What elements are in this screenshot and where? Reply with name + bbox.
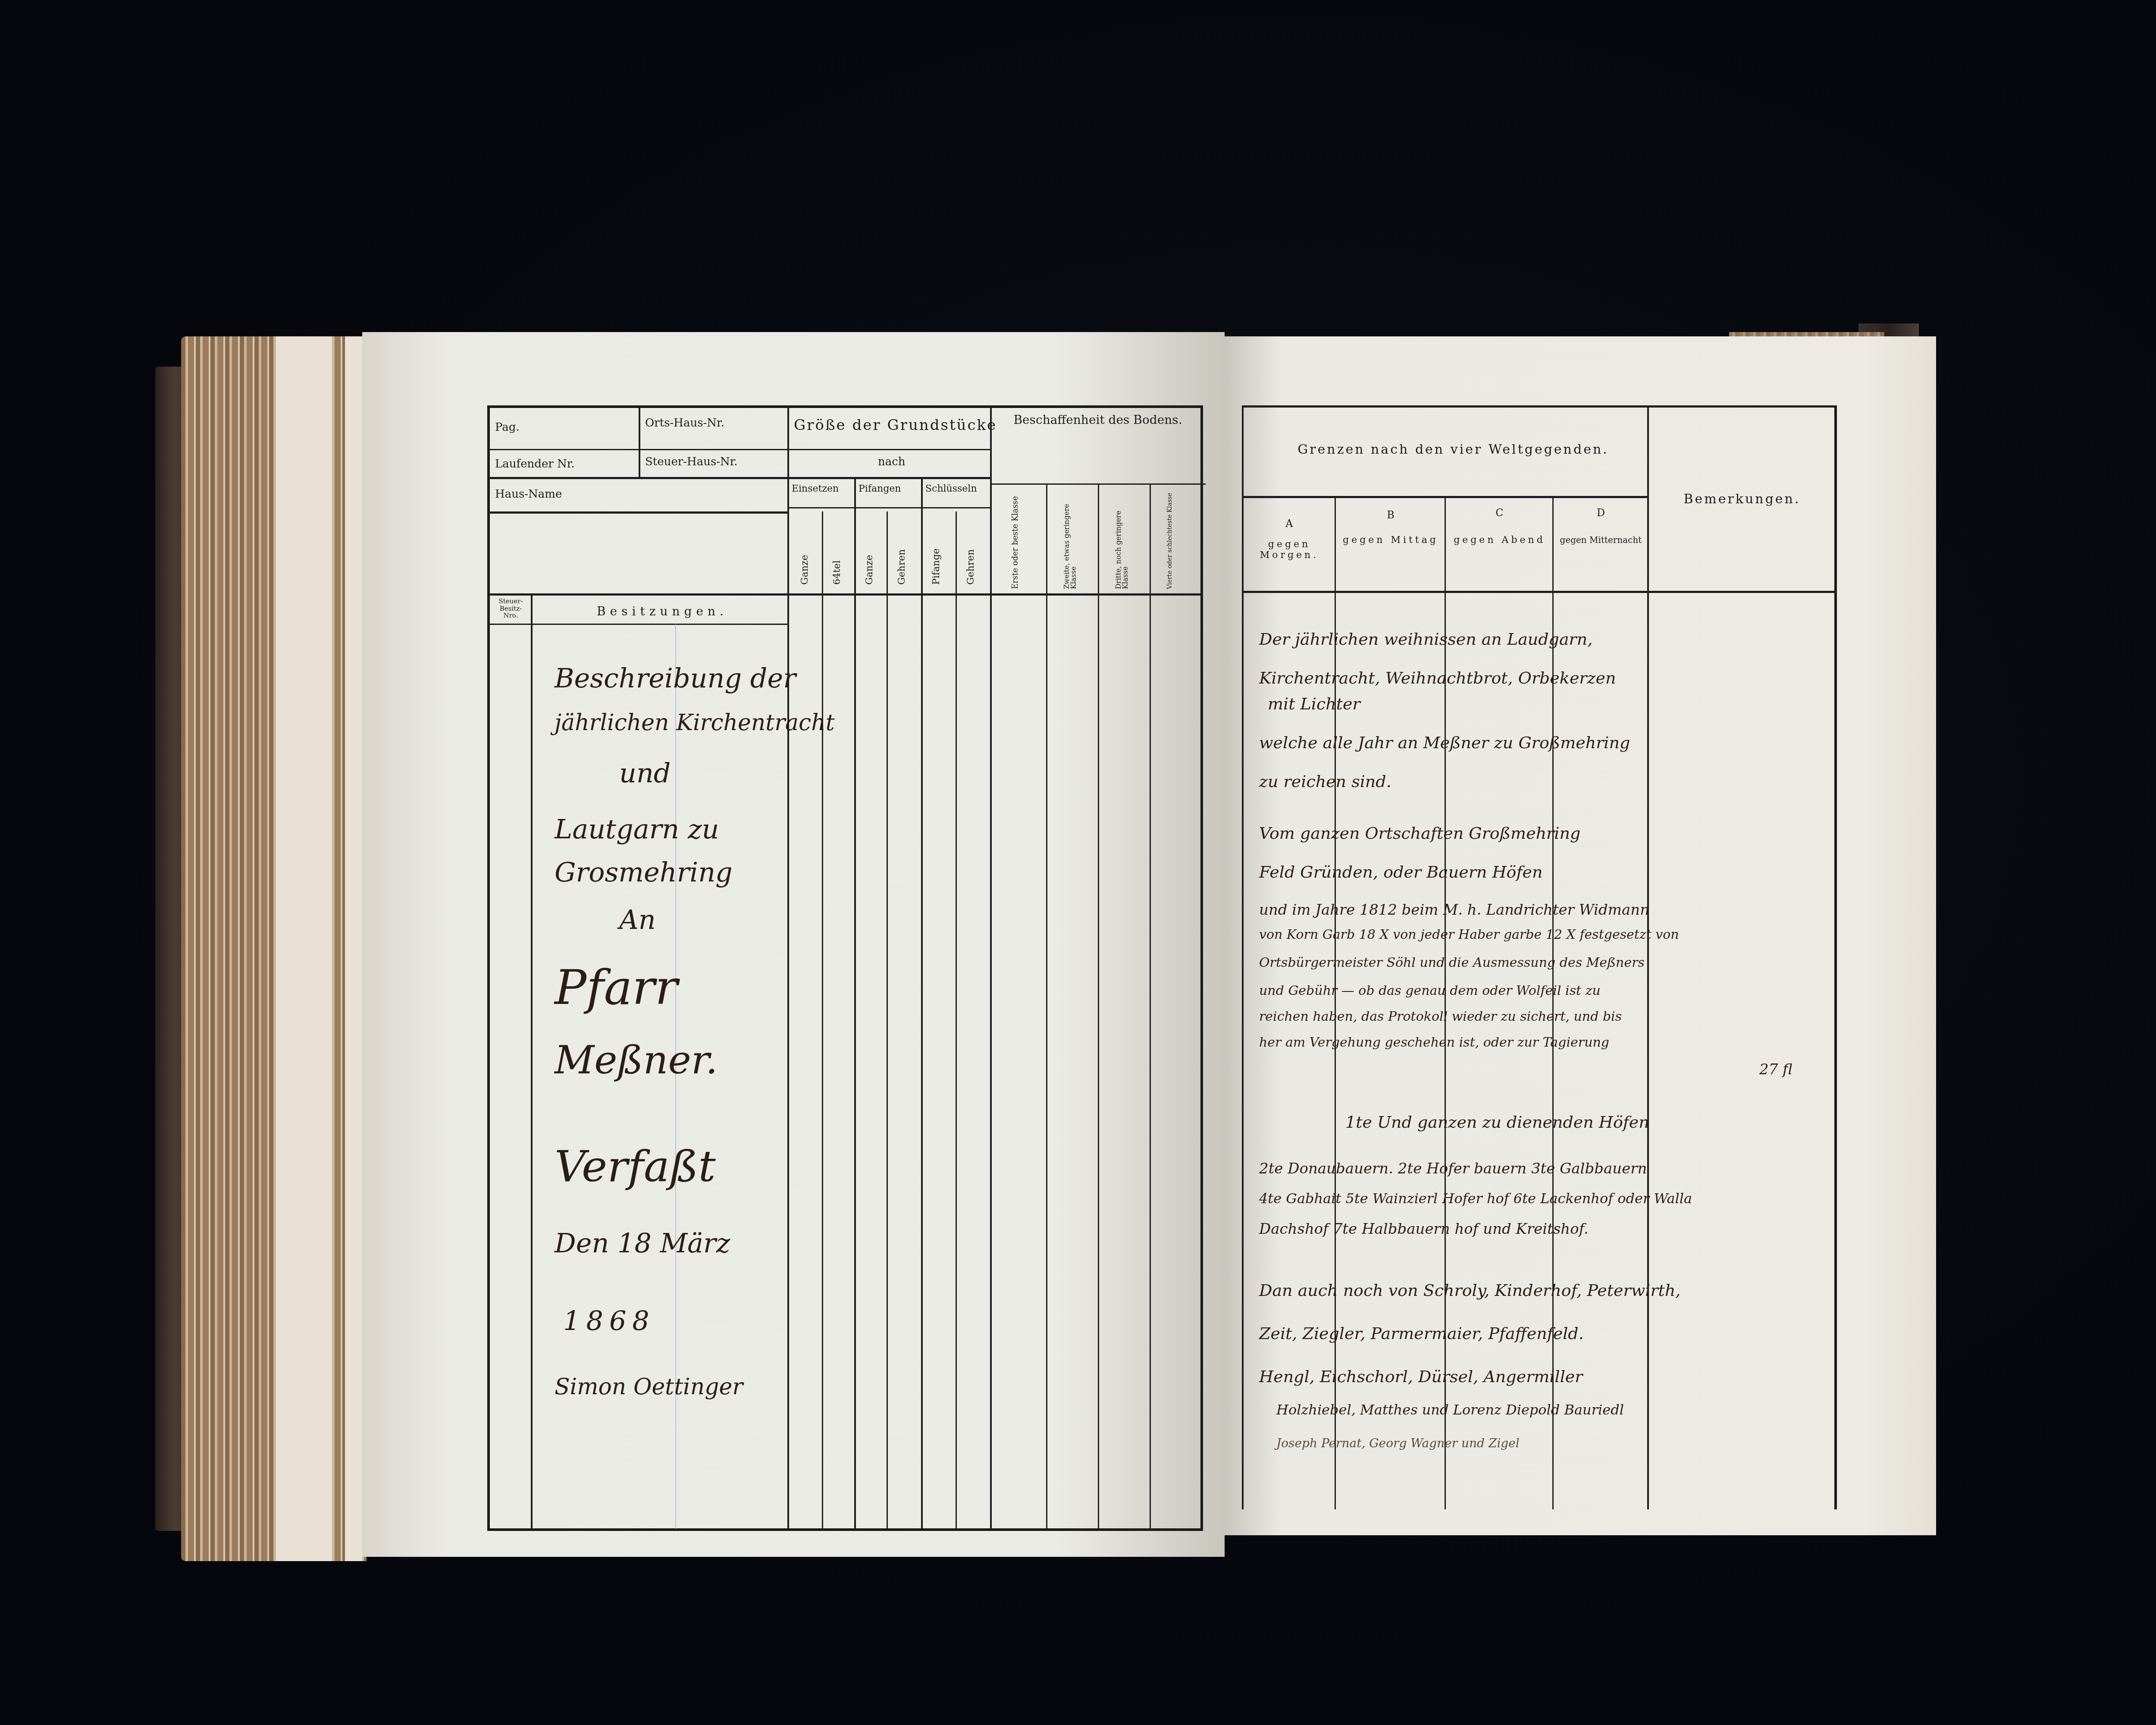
- hw-line: Pfarr: [555, 960, 677, 1015]
- hw-line: Joseph Pernat, Georg Wagner und Zigel: [1276, 1436, 1520, 1450]
- hw-line: Grosmehring: [555, 856, 733, 888]
- subcol-gehren-1: Gehren: [897, 537, 907, 585]
- hw-line: und: [619, 757, 671, 789]
- besitzungen-label: Besitzungen.: [542, 604, 783, 618]
- steuer-haus-nr-label: Steuer-Haus-Nr.: [645, 455, 738, 468]
- hw-line: 4te Gabhait 5te Wainzierl Hofer hof 6te …: [1259, 1190, 1692, 1207]
- subcol-64tel: 64tel: [833, 537, 842, 585]
- hw-line: 1868: [563, 1305, 655, 1336]
- hw-line: welche alle Jahr an Meßner zu Großmehrin…: [1259, 733, 1630, 752]
- klasse-3: Dritte, noch geringere Klasse: [1115, 490, 1129, 589]
- laufender-nr-label: Laufender Nr.: [495, 458, 575, 470]
- hw-line: reichen haben, das Protokoll wieder zu s…: [1259, 1009, 1622, 1024]
- subcol-ganze-1: Ganze: [800, 537, 810, 585]
- direction-d-label: gegen Mitternacht: [1557, 535, 1645, 545]
- direction-c-label: gegen Abend: [1449, 535, 1550, 546]
- left-ledger-table: Pag. Orts-Haus-Nr. Laufender Nr. Steuer-…: [487, 405, 1203, 1531]
- subcol-ganze-2: Ganze: [865, 537, 874, 585]
- direction-a-label: gegen Morgen.: [1246, 539, 1332, 561]
- hw-line: Hengl, Eichschorl, Dürsel, Angermiller: [1259, 1367, 1583, 1386]
- hw-line: mit Lichter: [1268, 694, 1360, 713]
- beschaffenheit-title: Beschaffenheit des Bodens.: [994, 412, 1201, 428]
- hw-line: Den 18 März: [555, 1227, 730, 1259]
- left-page-edges: [181, 336, 367, 1561]
- hw-line: jährlichen Kirchentracht: [555, 710, 835, 736]
- orts-haus-nr-label: Orts-Haus-Nr.: [645, 417, 724, 430]
- steuer-besitz-nro-label: Steuer-Besitz-Nro.: [492, 598, 529, 619]
- direction-b-label: gegen Mittag: [1339, 535, 1442, 546]
- nach-label: nach: [878, 455, 906, 468]
- hw-line: und im Jahre 1812 beim M. h. Landrichter…: [1259, 901, 1649, 919]
- hw-line: Vom ganzen Ortschaften Großmehring: [1259, 824, 1580, 843]
- photo-stage: Pag. Orts-Haus-Nr. Laufender Nr. Steuer-…: [0, 0, 2156, 1725]
- grenzen-title: Grenzen nach den vier Weltgegenden.: [1268, 442, 1639, 457]
- hw-line: An: [619, 904, 656, 935]
- pag-label: Pag.: [495, 421, 520, 434]
- hw-line: und Gebühr — ob das genau dem oder Wolfe…: [1259, 983, 1601, 998]
- subcol-pifange: Pifange: [932, 537, 941, 585]
- groesse-title: Größe der Grundstücke: [794, 417, 997, 434]
- direction-a-letter: A: [1246, 517, 1332, 530]
- hw-line: Ortsbürgermeister Söhl und die Ausmessun…: [1259, 955, 1645, 970]
- group-einsetzen: Einsetzen: [792, 483, 839, 494]
- right-page: Grenzen nach den vier Weltgegenden. Beme…: [1225, 336, 1936, 1535]
- klasse-1: Erste oder beste Klasse: [1012, 490, 1019, 589]
- group-pifangen: Pifangen: [859, 483, 901, 494]
- hw-line: Lautgarn zu: [555, 813, 719, 845]
- open-ledger-book: Pag. Orts-Haus-Nr. Laufender Nr. Steuer-…: [155, 319, 1932, 1570]
- hw-line: Verfaßt: [555, 1141, 716, 1192]
- subcol-gehren-2: Gehren: [966, 537, 976, 585]
- hw-line: Dachshof 7te Halbbauern hof und Kreitsho…: [1259, 1220, 1589, 1238]
- hw-line: Holzhiebel, Matthes und Lorenz Diepold B…: [1276, 1402, 1624, 1418]
- left-page: Pag. Orts-Haus-Nr. Laufender Nr. Steuer-…: [362, 332, 1225, 1557]
- right-ledger-table: Grenzen nach den vier Weltgegenden. Beme…: [1242, 405, 1837, 1509]
- hw-line: Dan auch noch von Schroly, Kinderhof, Pe…: [1259, 1281, 1680, 1300]
- group-schluesseln: Schlüsseln: [925, 483, 977, 494]
- hw-line: Der jährlichen weihnissen an Laudgarn,: [1259, 630, 1592, 649]
- klasse-2: Zweite, etwas geringere Klasse: [1063, 490, 1077, 589]
- klasse-4: Vierte oder schlechteste Klasse: [1167, 490, 1173, 589]
- bemerkungen-label: Bemerkungen.: [1656, 492, 1828, 507]
- hw-line: 1te Und ganzen zu dienenden Höfen: [1345, 1113, 1649, 1132]
- hw-line: 2te Donaubauern. 2te Hofer bauern 3te Ga…: [1259, 1160, 1647, 1177]
- hw-line: Beschreibung der: [555, 662, 796, 694]
- haus-name-label: Haus-Name: [495, 488, 562, 501]
- hw-line: Simon Oettinger: [555, 1374, 743, 1400]
- hw-line: zu reichen sind.: [1259, 772, 1391, 791]
- hw-line: von Korn Garb 18 X von jeder Haber garbe…: [1259, 927, 1679, 942]
- margin-note-amount: 27 fl: [1759, 1061, 1792, 1078]
- hw-line: Zeit, Ziegler, Parmermaier, Pfaffenfeld.: [1259, 1324, 1584, 1343]
- hw-line: Kirchentracht, Weihnachtbrot, Orbekerzen: [1259, 668, 1616, 687]
- direction-c-letter: C: [1449, 507, 1550, 519]
- direction-b-letter: B: [1339, 509, 1442, 521]
- hw-line: Meßner.: [555, 1038, 718, 1083]
- hw-line: Feld Gründen, oder Bauern Höfen: [1259, 862, 1543, 881]
- hw-line: her am Vergehung geschehen ist, oder zur…: [1259, 1035, 1609, 1050]
- direction-d-letter: D: [1557, 507, 1645, 519]
